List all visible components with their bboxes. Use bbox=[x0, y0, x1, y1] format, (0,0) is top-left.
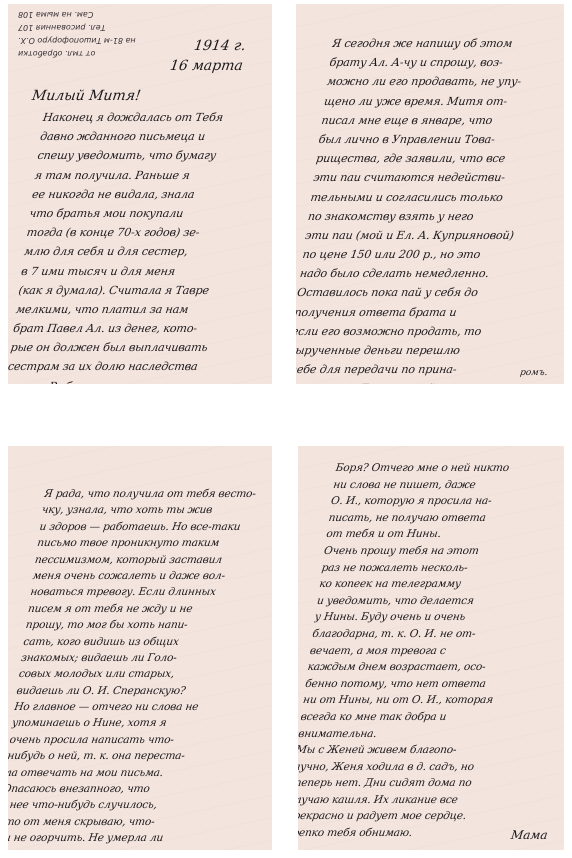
text-line: писать, не получаю ответа bbox=[327, 510, 564, 527]
text-line: Крепко тебя обнимаю. bbox=[298, 825, 530, 842]
text-line: вырученные деньги перешлю bbox=[296, 341, 536, 360]
text-line: Я сегодня же напишу об этом bbox=[331, 34, 564, 53]
text-line: от тебя и от Нины. bbox=[325, 526, 564, 543]
page-4-body: Боря? Отчего мне о ней никто ни слова не… bbox=[298, 460, 564, 842]
text-line: меня очень сожалеть и даже вол- bbox=[32, 568, 272, 584]
stamp-line: Тел. рисованния 107 bbox=[18, 21, 198, 34]
text-line: нибудь о ней, т. к. она переста- bbox=[8, 748, 250, 764]
text-line: упоминаешь о Нине, хотя я bbox=[11, 715, 255, 731]
text-line: эти паи считаются недействи- bbox=[312, 168, 561, 187]
text-line: по цене 150 или 200 р., но это bbox=[301, 245, 550, 264]
text-line: что от меня скрываю, что- bbox=[8, 814, 241, 830]
text-line: рищества, где заявили, что все bbox=[315, 149, 564, 168]
text-line: вечает, а моя тревога с bbox=[309, 643, 555, 660]
text-line: Наконец я дождалась от Тебя bbox=[42, 108, 272, 127]
text-line: прекрасно и радует мое сердце. bbox=[298, 808, 532, 825]
text-line: эти паи (мой и Ел. А. Куприяновой) bbox=[304, 226, 553, 245]
text-line: давно жданного письмеца и bbox=[39, 127, 272, 146]
text-line: бы не огорчить. Не умерла ли bbox=[8, 830, 239, 846]
text-line: Очень прошу тебя на этот bbox=[323, 543, 564, 560]
stamp-line: Сам. на мыма 108 bbox=[18, 8, 198, 21]
text-line: раз не пожалеть несколь- bbox=[320, 560, 564, 577]
text-line: тельными и согласились только bbox=[309, 188, 558, 207]
text-line: Я рада, что получила от тебя весто- bbox=[43, 486, 272, 502]
text-line: если его возможно продать, то bbox=[296, 322, 539, 341]
text-line: знакомых; видаешь ли Голо- bbox=[20, 650, 264, 666]
text-line: новаться тревогу. Если длинных bbox=[29, 584, 272, 600]
text-line: благодарна, т. к. О. И. не от- bbox=[311, 626, 557, 643]
signature: Мама bbox=[510, 828, 549, 842]
salutation: Милый Митя! bbox=[31, 88, 142, 104]
letter-page-1: от тмл. обработки на 81-м Тишопофоруро О… bbox=[8, 4, 272, 384]
text-line: писал мне еще в январе, что bbox=[320, 111, 564, 130]
text-line: надо было сделать немедленно. bbox=[299, 264, 548, 283]
letter-date: 16 марта bbox=[169, 58, 244, 74]
text-line: писем я от тебя не жду и не bbox=[27, 601, 271, 617]
text-line: ла отвечать на мои письма. bbox=[8, 765, 248, 781]
text-line: и уведомить, что делается bbox=[316, 593, 562, 610]
text-line: у нее что-нибудь случилось, bbox=[8, 797, 244, 813]
text-line: по знакомству взять у него bbox=[307, 207, 556, 226]
text-line: внимательна. bbox=[298, 726, 544, 743]
text-line: брат Павел Ал. из денег, кото- bbox=[12, 319, 257, 338]
text-line: что братья мои покупали bbox=[28, 204, 272, 223]
text-line: земель Рыбкова, оставшихся после bbox=[8, 377, 249, 384]
text-line: лучно, Женя ходила в д. садъ, но bbox=[298, 759, 539, 776]
text-line: Но главное — отчего ни слова не bbox=[13, 699, 257, 715]
letter-page-2: Я сегодня же напишу об этом брату Ал. А-… bbox=[296, 4, 564, 384]
text-line: сестрам за их долю наследства bbox=[8, 357, 251, 376]
text-line: сать, кого видишь из общих bbox=[22, 634, 266, 650]
text-line: письмо твое проникнуто таким bbox=[36, 535, 272, 551]
text-line: (как я думала). Считала я Тавре bbox=[17, 281, 262, 300]
text-line: пессимизмом, который заставил bbox=[34, 552, 272, 568]
stamp-line: на 81-м Тишопофоруро О.Х. bbox=[18, 34, 198, 47]
text-line: чку, узнала, что хоть ты жив bbox=[41, 502, 272, 518]
text-line: брату Ал. А-чу и спрошу, воз- bbox=[328, 53, 564, 72]
letter-page-3: Я рада, что получила от тебя весто- чку,… bbox=[8, 446, 272, 850]
text-line: бенно потому, что нет ответа bbox=[304, 676, 550, 693]
text-line: Оставилось пока пай у себя до bbox=[296, 283, 545, 302]
letter-year: 1914 г. bbox=[193, 38, 247, 54]
text-line: Опасаюсь внезапного, что bbox=[8, 781, 246, 797]
letter-page-4: Боря? Отчего мне о ней никто ни слова не… bbox=[298, 446, 564, 850]
text-line: и здоров — работаешь. Но все-таки bbox=[38, 519, 272, 535]
text-line: тебе для передачи по прина- bbox=[296, 360, 534, 379]
text-line: я там получила. Раньше я bbox=[33, 166, 272, 185]
text-line: щено ли уже время. Митя от- bbox=[323, 92, 564, 111]
text-line: мелкими, что платил за нам bbox=[15, 300, 260, 319]
text-line: длежности. Если же пай не про- bbox=[296, 379, 531, 384]
archive-stamp: от тмл. обработки на 81-м Тишопофоруро О… bbox=[18, 8, 198, 60]
text-line: рые он должен был выплачивать bbox=[9, 338, 254, 357]
text-line: в 7 ими тысяч и для меня bbox=[20, 262, 265, 281]
text-line: тогда (в конце 70-х годов) зе- bbox=[25, 223, 270, 242]
text-line: всегда ко мне так добра и bbox=[300, 709, 546, 726]
text-line: прошу, то мог бы хоть напи- bbox=[25, 617, 269, 633]
page-1-body: Наконец я дождалась от Тебя давно жданно… bbox=[8, 108, 272, 384]
text-line: был лично в Управлении Това- bbox=[317, 130, 564, 149]
page-2-body: Я сегодня же напишу об этом брату Ал. А-… bbox=[296, 34, 564, 384]
text-line: случаю кашля. Их ликание все bbox=[298, 792, 534, 809]
text-line: спешу уведомить, что бумагу bbox=[36, 146, 272, 165]
text-line: можно ли его продавать, не упу- bbox=[326, 72, 564, 91]
text-line: ни слова не пишет, даже bbox=[332, 477, 564, 494]
text-line: Мы с Женей живем благопо- bbox=[298, 742, 541, 759]
carryover-word: ромъ. bbox=[520, 368, 549, 378]
text-line: млю для себя и для сестер, bbox=[23, 242, 268, 261]
text-line: каждым днем возрастает, осо- bbox=[307, 659, 553, 676]
text-line: ко копеек на телеграмму bbox=[318, 576, 564, 593]
text-line: у Нины. Буду очень и очень bbox=[313, 609, 559, 626]
text-line: совых молодых или старых, bbox=[18, 666, 262, 682]
text-line: очень просила написать что- bbox=[8, 732, 252, 748]
text-line: видаешь ли О. И. Сперанскую? bbox=[15, 683, 259, 699]
page-3-body: Я рада, что получила от тебя весто- чку,… bbox=[8, 486, 272, 847]
text-line: ее никогда не видала, знала bbox=[31, 185, 272, 204]
text-line: теперь нет. Дни сидят дома по bbox=[298, 775, 537, 792]
text-line: О. И., которую я просила на- bbox=[330, 493, 564, 510]
text-line: Боря? Отчего мне о ней никто bbox=[334, 460, 564, 477]
text-line: ни от Нины, ни от О. И., которая bbox=[302, 692, 548, 709]
text-line: получения ответа брата и bbox=[296, 303, 542, 322]
